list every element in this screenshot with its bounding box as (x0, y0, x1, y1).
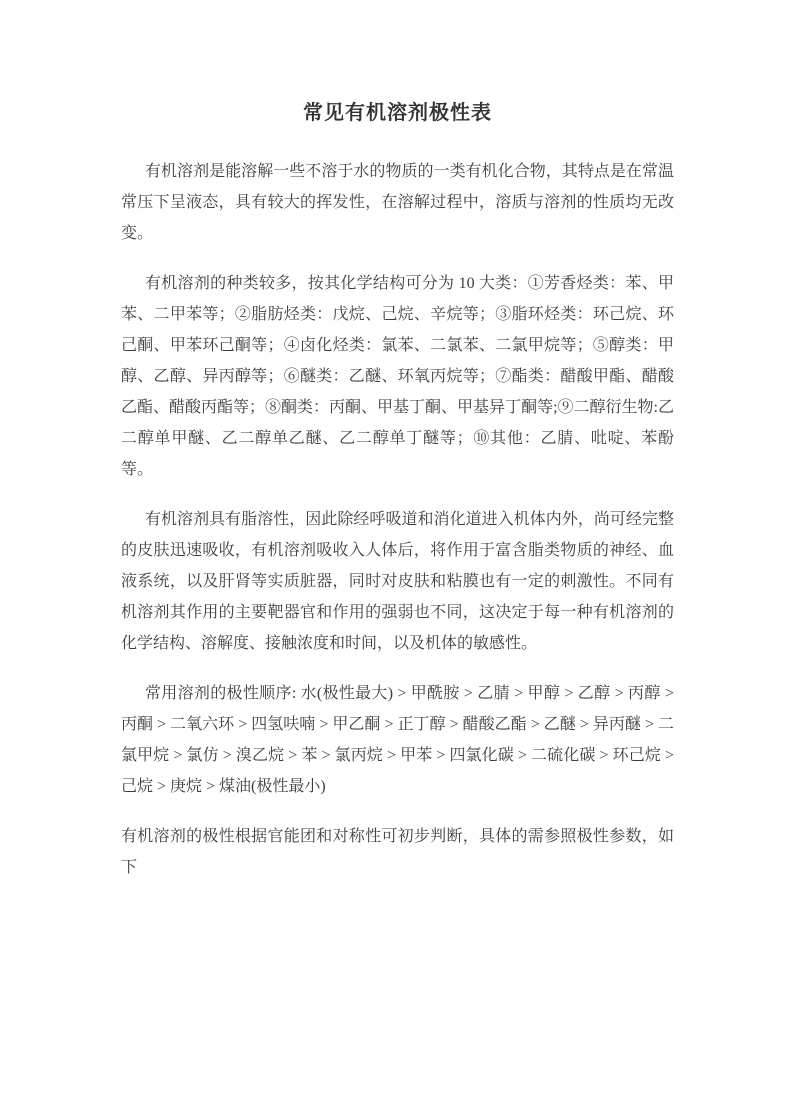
paragraph-note: 有机溶剂的极性根据官能团和对称性可初步判断，具体的需参照极性参数，如下 (121, 821, 674, 883)
page-title: 常见有机溶剂极性表 (121, 100, 674, 126)
paragraph-polarity-order: 常用溶剂的极性顺序: 水(极性最大) > 甲酰胺 > 乙腈 > 甲醇 > 乙醇 … (121, 678, 674, 802)
paragraph-categories: 有机溶剂的种类较多，按其化学结构可分为 10 大类：①芳香烃类：苯、甲苯、二甲苯… (121, 268, 674, 485)
paragraph-toxicity: 有机溶剂具有脂溶性，因此除经呼吸道和消化道进入机体内外，尚可经完整的皮肤迅速吸收… (121, 504, 674, 659)
paragraph-intro: 有机溶剂是能溶解一些不溶于水的物质的一类有机化合物，其特点是在常温常压下呈液态，… (121, 156, 674, 249)
document-page: 常见有机溶剂极性表 有机溶剂是能溶解一些不溶于水的物质的一类有机化合物，其特点是… (0, 0, 794, 1120)
